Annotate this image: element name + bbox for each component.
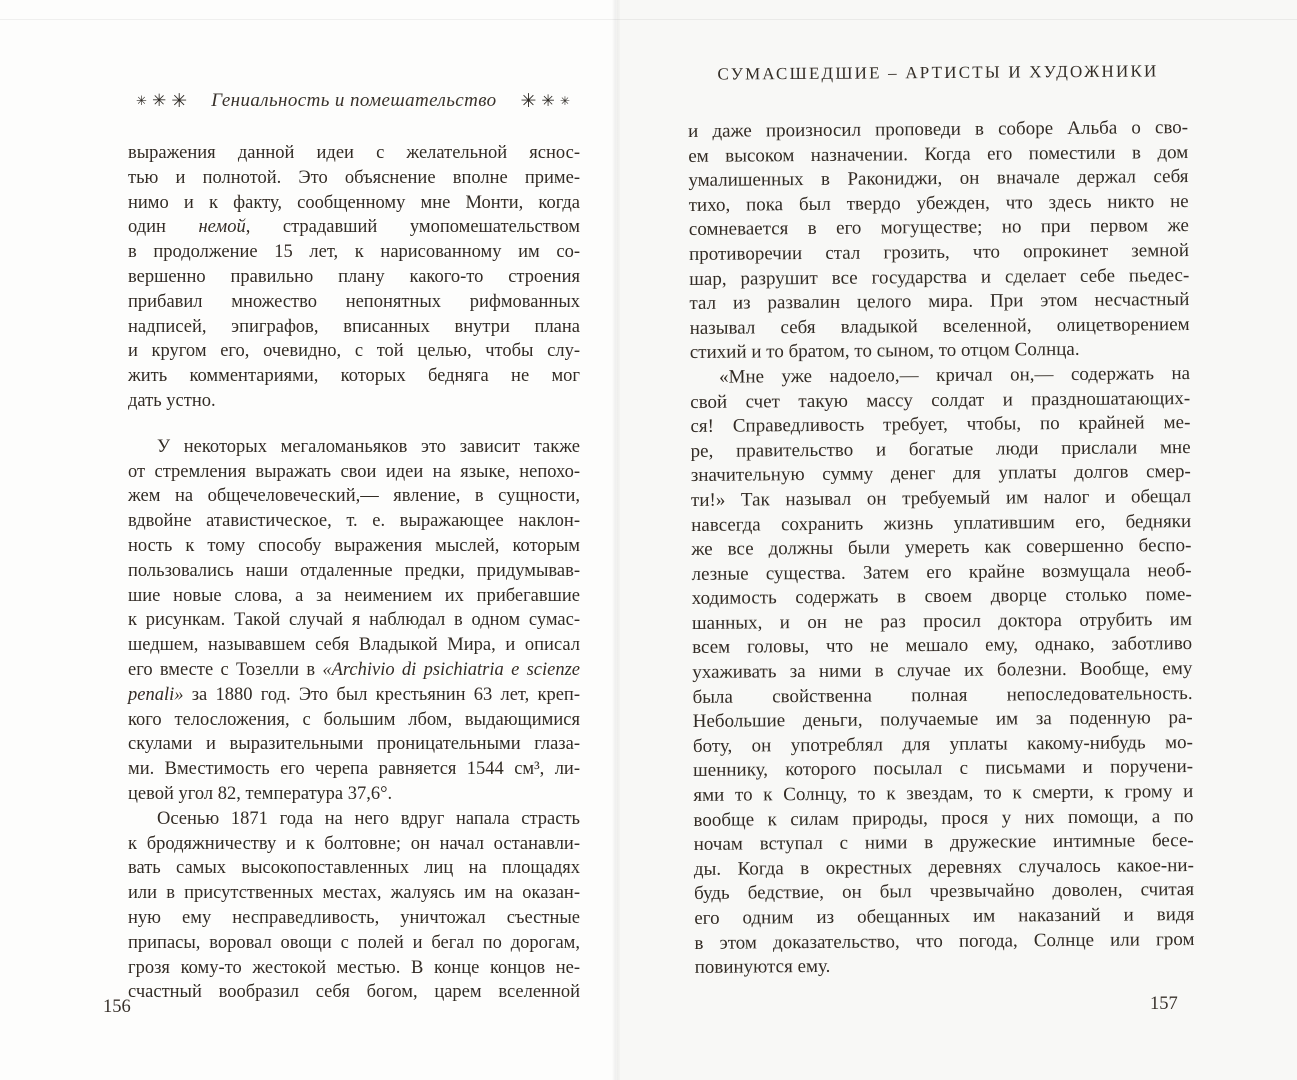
star-ornament-left: ✳ ✳ ✳ [136,92,187,111]
text-line: жить комментариями, которых бедняга не м… [128,364,580,389]
text-line: ность к тому способу выражения мыслей, к… [128,534,580,559]
text-segment: и даже произносил проповеди в соборе Аль… [688,117,1188,142]
text-line: и даже произносил проповеди в соборе Аль… [688,116,1188,145]
text-segment: тихо, пока был твердо убежден, что здесь… [689,191,1189,216]
text-line: ухаживать за ними в случае их болезни. В… [692,657,1192,686]
paragraph: выражения данной идеи с желательной ясно… [128,141,580,414]
star-icon: ✳ [521,92,537,111]
text-line: Небольшие деньги, получаемые им за поден… [693,706,1193,735]
text-line: ся! Справедливость требует, чтобы, по кр… [690,411,1190,440]
text-segment: всем головы, что не мешало ему, однако, … [692,633,1192,658]
text-segment: за 1880 год. Это был крестьянин 63 лет, … [184,685,581,705]
text-segment: и кругом его, очевидно, с той целью, что… [128,341,580,361]
text-line: Осенью 1871 года на него вдруг напала ст… [128,807,580,832]
text-line: пользовались наши отдаленные предки, при… [128,559,580,584]
text-line: и кругом его, очевидно, с той целью, что… [128,339,580,364]
text-segment: вершенно правильно плану какого-то строе… [128,267,580,287]
text-segment: называл себя владыкой вселенной, олицетв… [690,314,1190,339]
text-segment: , страдавший умопомешательством [246,217,580,237]
text-line: умалишенных в Ракониджи, он вначале держ… [688,165,1188,194]
text-line: вершенно правильно плану какого-то строе… [128,265,580,290]
text-segment: навсегда сохранить жизнь уплатившим его,… [691,511,1191,536]
text-segment: ходимость содержать в своем дворце столь… [692,584,1192,609]
star-icon: ✳ [152,93,166,110]
text-line: значительную сумму денег для уплаты долг… [691,460,1191,489]
text-segment: один [128,217,198,237]
text-segment: жить комментариями, которых бедняга не м… [128,366,580,386]
text-segment: от стремления выражать свои идеи на язык… [128,462,580,482]
text-segment: ность к тому способу выражения мыслей, к… [128,536,580,556]
text-line: «Мне уже надоело,— кричал он,— содержать… [690,362,1190,391]
paragraph: и даже произносил проповеди в соборе Аль… [688,116,1190,366]
left-running-head-title: Гениальность и помешательство [211,90,496,112]
text-segment: грозя кому-то жестокой местью. В конце к… [128,958,580,978]
text-line: повинуются ему. [695,952,1195,981]
text-segment: ухаживать за ними в случае их болезни. В… [692,658,1192,683]
text-segment: пользовались наши отдаленные предки, при… [128,561,580,581]
text-segment: его вместе с Тозелли в [128,660,322,680]
page-gutter-seam [612,0,620,1080]
text-segment: ную ему несправедливость, уничтожал съес… [128,908,580,928]
text-segment: нимо и к факту, сообщенному мне Монти, к… [128,193,580,213]
italic-text: «Archivio di psichiatria e scienze [322,660,580,680]
italic-text: penali» [128,685,184,705]
text-segment: боту, он употреблял для уплаты какому-ни… [693,732,1193,757]
text-line: ями то к Солнцу, то к звездам, то к смер… [693,780,1193,809]
italic-text: немой [198,217,245,237]
text-segment: шие новые слова, а за неимением их прибе… [128,586,580,606]
text-segment: припасы, воровал овощи с полей и бегал п… [128,933,580,953]
paragraph: У некоторых мегаломаньяков это зависит т… [128,435,580,807]
page-number-left: 156 [103,997,131,1018]
text-line: называл себя владыкой вселенной, олицетв… [690,313,1190,342]
right-running-head: СУМАСШЕДШИЕ – АРТИСТЫ И ХУДОЖНИКИ [688,61,1188,84]
text-line: к бродяжничеству и к болтовне; он начал … [128,832,580,857]
text-segment: шеннику, которого посылал с письмами и п… [693,756,1193,781]
text-segment: тью и полнотой. Это объяснение вполне пр… [128,168,580,188]
text-line: или в присутственных местах, жалуясь им … [128,881,580,906]
text-segment: выражения данной идеи с желательной ясно… [128,143,580,163]
text-line: один немой, страдавший умопомешательство… [128,215,580,240]
text-segment: будь бедствие, он был чрезвычайно доволе… [694,879,1194,904]
text-line: ходимость содержать в своем дворце столь… [692,583,1192,612]
text-line: прибавил множество непонятных рифмованны… [128,290,580,315]
left-running-head: ✳ ✳ ✳ Гениальность и помешательство ✳ ✳ … [118,90,588,112]
text-segment: к рисункам. Такой случай я наблюдал в од… [128,610,580,630]
star-icon: ✳ [560,95,570,107]
text-segment: значительную сумму денег для уплаты долг… [691,461,1191,486]
text-line: от стремления выражать свои идеи на язык… [128,460,580,485]
text-segment: скулами и выразительными проницательными… [128,734,580,754]
text-line: его вместе с Тозелли в «Archivio di psic… [128,658,580,683]
text-line: цевой угол 82, температура 37,6°. [128,782,580,807]
right-page-text: и даже произносил проповеди в соборе Аль… [688,116,1195,981]
star-icon: ✳ [171,92,187,111]
text-segment: ре, правительство и богатые люди прислал… [691,437,1191,462]
text-segment: ды. Когда в окрестных деревнях случалось… [694,855,1194,880]
text-segment: шар, разрушит все государства и сделает … [689,265,1189,290]
text-segment: шанных, и он не раз просил доктора отруб… [692,609,1192,634]
text-segment: Небольшие деньги, получаемые им за поден… [693,707,1193,732]
text-segment: кого телосложения, с большим лбом, выдаю… [128,710,580,730]
text-segment: У некоторых мегаломаньяков это зависит т… [157,437,580,457]
text-line: нимо и к факту, сообщенному мне Монти, к… [128,191,580,216]
text-segment: же все должны были умереть как совершенн… [691,535,1191,560]
text-line: жем на общечеловеческий,— явление, в сущ… [128,484,580,509]
text-line: ти!» Так называл он требуемый им налог и… [691,485,1191,514]
text-line: ми. Вместимость его черепа равняется 154… [128,757,580,782]
text-segment: вдвойне атавистическое, т. е. выражающее… [128,511,580,531]
star-ornament-right: ✳ ✳ ✳ [521,92,570,111]
text-line: в этом доказательство, что погода, Солнц… [694,928,1194,957]
text-line: скулами и выразительными проницательными… [128,732,580,757]
text-segment: ночам вступал с ними в дружеские интимны… [694,830,1194,855]
paragraph: «Мне уже надоело,— кричал он,— содержать… [690,362,1195,981]
text-line: penali» за 1880 год. Это был крестьянин … [128,683,580,708]
paragraph: Осенью 1871 года на него вдруг напала ст… [128,807,580,1005]
text-segment: прибавил множество непонятных рифмованны… [128,292,580,312]
text-line: тал из развалин целого мира. При этом не… [689,288,1189,317]
text-segment: была свойственна полная непоследовательн… [692,683,1192,708]
text-segment: вать самых высокопоставленных лиц на пло… [128,858,580,878]
text-segment: или в присутственных местах, жалуясь им … [128,883,580,903]
text-segment: свой счет такую массу солдат и праздноша… [690,388,1190,413]
text-segment: ем высоком назначении. Когда его помести… [688,142,1188,167]
text-segment: противоречии стал грозить, что опрокинет… [689,240,1189,265]
book-spread: ✳ ✳ ✳ Гениальность и помешательство ✳ ✳ … [0,0,1297,1080]
text-segment: его одним из обещанных им наказаний и ви… [694,904,1194,929]
text-segment: тал из развалин целого мира. При этом не… [689,289,1189,314]
text-line: дать устно. [128,389,580,414]
text-segment: ся! Справедливость требует, чтобы, по кр… [690,412,1190,437]
text-segment: ями то к Солнцу, то к звездам, то к смер… [693,781,1193,806]
text-segment: в продолжение 15 лет, к нарисованному им… [128,242,580,262]
text-segment: жем на общечеловеческий,— явление, в сущ… [128,486,580,506]
text-segment: цевой угол 82, температура 37,6°. [128,784,392,804]
text-line: к рисункам. Такой случай я наблюдал в од… [128,608,580,633]
text-segment: дать устно. [128,391,216,411]
text-line: тью и полнотой. Это объяснение вполне пр… [128,166,580,191]
page-number-right: 157 [1150,994,1178,1015]
text-line: ную ему несправедливость, уничтожал съес… [128,906,580,931]
text-segment: умалишенных в Ракониджи, он вначале держ… [688,166,1188,191]
text-segment: лезные существа. Затем его крайне возмущ… [691,560,1191,585]
text-line: противоречии стал грозить, что опрокинет… [689,239,1189,268]
text-segment: к бродяжничеству и к болтовне; он начал … [128,834,580,854]
scan-top-edge [0,19,1297,20]
text-line: выражения данной идеи с желательной ясно… [128,141,580,166]
text-segment: шедшем, называвшем себя Владыкой Мира, и… [128,635,580,655]
text-line: припасы, воровал овощи с полей и бегал п… [128,931,580,956]
text-line: надписей, эпиграфов, вписанных внутри пл… [128,315,580,340]
text-line: ночам вступал с ними в дружеские интимны… [694,829,1194,858]
star-icon: ✳ [541,93,554,109]
text-segment: в этом доказательство, что погода, Солнц… [694,929,1194,954]
text-segment: «Мне уже надоело,— кричал он,— содержать… [719,363,1190,388]
text-line: в продолжение 15 лет, к нарисованному им… [128,240,580,265]
text-line: грозя кому-то жестокой местью. В конце к… [128,956,580,981]
text-line: шедшем, называвшем себя Владыкой Мира, и… [128,633,580,658]
text-segment: счастный вообразил себя богом, царем все… [128,982,580,1002]
star-icon: ✳ [136,95,147,108]
text-line: вать самых высокопоставленных лиц на пло… [128,856,580,881]
text-line: У некоторых мегаломаньяков это зависит т… [128,435,580,460]
text-segment: ти!» Так называл он требуемый им налог и… [691,486,1191,511]
text-line: кого телосложения, с большим лбом, выдаю… [128,708,580,733]
text-segment: сомневается в его могуществе; но при пер… [689,215,1189,240]
text-segment: стихий и то братом, то сыном, то отцом С… [690,339,1080,363]
text-line: же все должны были умереть как совершенн… [691,534,1191,563]
text-line: шие новые слова, а за неимением их прибе… [128,584,580,609]
text-segment: повинуются ему. [695,956,831,978]
left-page-text: выражения данной идеи с желательной ясно… [128,141,580,1005]
text-segment: вообще к силам природы, прося у них помо… [693,806,1193,831]
text-line: счастный вообразил себя богом, царем все… [128,980,580,1005]
text-segment: надписей, эпиграфов, вписанных внутри пл… [128,317,580,337]
text-segment: Осенью 1871 года на него вдруг напала ст… [157,809,580,829]
text-line: вдвойне атавистическое, т. е. выражающее… [128,509,580,534]
text-segment: ми. Вместимость его черепа равняется 154… [128,759,580,779]
text-line: его одним из обещанных им наказаний и ви… [694,903,1194,932]
